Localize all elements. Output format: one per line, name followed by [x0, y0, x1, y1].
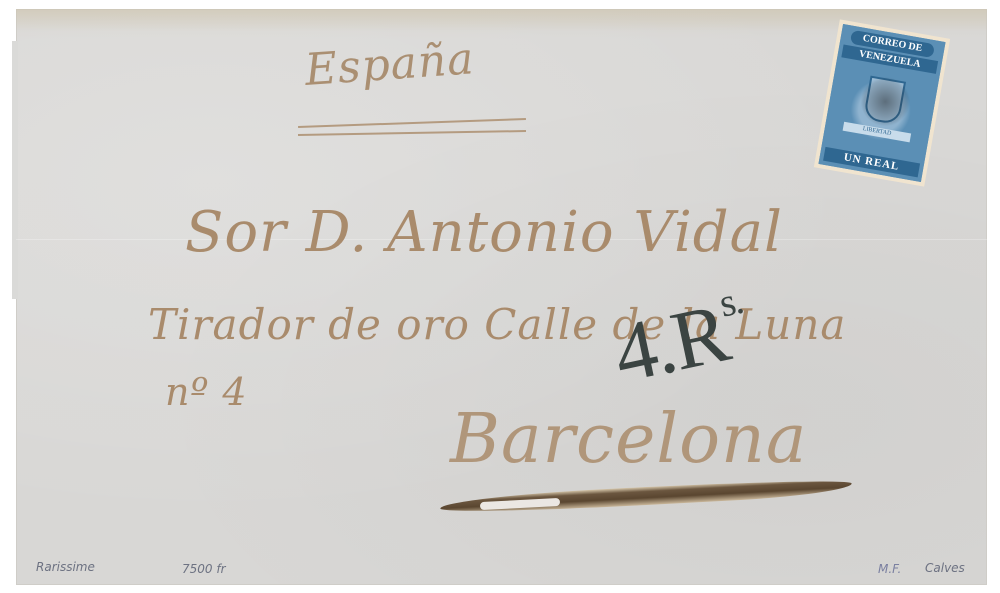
pencil-note-initials: M.F.: [878, 562, 901, 576]
address-line-3: nº 4: [165, 370, 248, 414]
stamp-design: CORREO DE VENEZUELA LIBERTAD UN REAL: [818, 24, 945, 182]
pencil-note-signature: Calves: [925, 561, 965, 575]
pencil-note-price: 7500 fr: [182, 562, 226, 576]
pencil-note-rarity: Rarissime: [36, 560, 95, 574]
address-city: Barcelona: [450, 400, 807, 479]
address-line-1: Sor D. Antonio Vidal: [185, 200, 783, 265]
paper-edge-step: [12, 41, 18, 299]
